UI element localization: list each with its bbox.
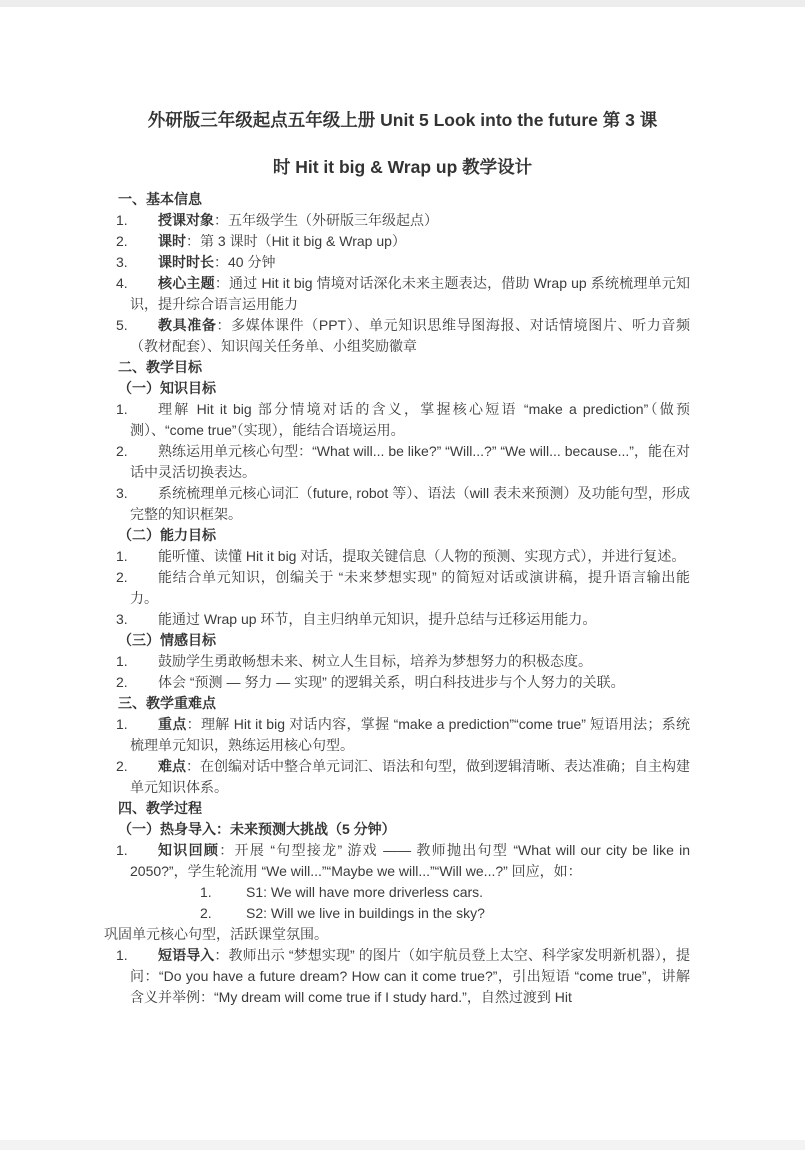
list-item: 5.教具准备：多媒体课件（PPT）、单元知识思维导图海报、对话情境图片、听力音频… — [116, 315, 690, 357]
section-heading-basic-info: 一、基本信息 — [118, 189, 690, 210]
list-item: 3.能通过 Wrap up 环节，自主归纳单元知识，提升总结与迁移运用能力。 — [116, 609, 690, 630]
item-label: 课时 — [158, 233, 186, 249]
item-label: 知识回顾 — [158, 842, 219, 858]
item-label: 难点 — [158, 758, 186, 774]
item-label: 授课对象 — [158, 212, 214, 228]
item-text: 鼓励学生勇敢畅想未来、树立人生目标，培养为梦想努力的积极态度。 — [158, 653, 592, 669]
list-item: 3.课时时长：40 分钟 — [116, 252, 690, 273]
item-text: 体会 “预测 — 努力 — 实现” 的逻辑关系，明白科技进步与个人努力的关联。 — [158, 674, 625, 690]
list-item: 2.体会 “预测 — 努力 — 实现” 的逻辑关系，明白科技进步与个人努力的关联… — [116, 672, 690, 693]
item-label: 教具准备 — [158, 317, 217, 333]
page-title: 外研版三年级起点五年级上册 Unit 5 Look into the futur… — [0, 0, 805, 179]
section-heading-objectives: 二、教学目标 — [118, 357, 690, 378]
item-number: 1. — [116, 210, 128, 231]
list-item: 1.重点：理解 Hit it big 对话内容，掌握 “make a predi… — [116, 714, 690, 756]
item-number: 1. — [116, 714, 128, 735]
sub-list-item: 1.S1: We will have more driverless cars. — [200, 882, 690, 903]
paragraph: 巩固单元核心句型，活跃课堂氛围。 — [104, 924, 690, 945]
item-text: ：五年级学生（外研版三年级起点） — [214, 212, 438, 228]
item-text: 能通过 Wrap up 环节，自主归纳单元知识，提升总结与迁移运用能力。 — [158, 611, 596, 627]
page-title-line-1: 外研版三年级起点五年级上册 Unit 5 Look into the futur… — [0, 108, 805, 132]
list-item: 1.鼓励学生勇敢畅想未来、树立人生目标，培养为梦想努力的积极态度。 — [116, 651, 690, 672]
item-text: 理解 Hit it big 部分情境对话的含义，掌握核心短语 “make a p… — [130, 401, 690, 438]
item-number: 2. — [200, 903, 212, 924]
document-body: 一、基本信息 1.授课对象：五年级学生（外研版三年级起点） 2.课时：第 3 课… — [104, 189, 690, 1008]
item-number: 2. — [116, 567, 128, 588]
item-text: ：在创编对话中整合单元词汇、语法和句型，做到逻辑清晰、表达准确；自主构建单元知识… — [130, 758, 690, 795]
item-number: 4. — [116, 273, 128, 294]
item-text: 熟练运用单元核心句型：“What will... be like?” “Will… — [130, 443, 690, 480]
list-item: 2.难点：在创编对话中整合单元词汇、语法和句型，做到逻辑清晰、表达准确；自主构建… — [116, 756, 690, 798]
subsection-heading-warmup: （一）热身导入：未来预测大挑战（5 分钟） — [118, 819, 690, 840]
item-text: ：第 3 课时（Hit it big & Wrap up） — [186, 233, 406, 249]
subsection-heading-emotion: （三）情感目标 — [118, 630, 690, 651]
section-heading-process: 四、教学过程 — [118, 798, 690, 819]
item-number: 1. — [116, 651, 128, 672]
list-item: 1.理解 Hit it big 部分情境对话的含义，掌握核心短语 “make a… — [116, 399, 690, 441]
list-item: 1.知识回顾：开展 “句型接龙” 游戏 —— 教师抛出句型 “What will… — [116, 840, 690, 882]
item-text: ：理解 Hit it big 对话内容，掌握 “make a predictio… — [130, 716, 690, 753]
item-number: 2. — [116, 756, 128, 777]
item-number: 1. — [116, 945, 128, 966]
page-bottom-edge — [0, 1140, 805, 1150]
item-number: 2. — [116, 231, 128, 252]
list-item: 4.核心主题：通过 Hit it big 情境对话深化未来主题表达，借助 Wra… — [116, 273, 690, 315]
item-number: 3. — [116, 483, 128, 504]
item-number: 1. — [116, 840, 128, 861]
item-label: 重点 — [158, 716, 187, 732]
list-item: 2.课时：第 3 课时（Hit it big & Wrap up） — [116, 231, 690, 252]
item-label: 短语导入 — [158, 947, 214, 963]
subsection-heading-ability: （二）能力目标 — [118, 525, 690, 546]
item-text: 能听懂、读懂 Hit it big 对话，提取关键信息（人物的预测、实现方式），… — [158, 548, 685, 564]
item-text: 能结合单元知识，创编关于 “未来梦想实现” 的简短对话或演讲稿，提升语言输出能力… — [130, 569, 690, 606]
list-item: 2.能结合单元知识，创编关于 “未来梦想实现” 的简短对话或演讲稿，提升语言输出… — [116, 567, 690, 609]
item-number: 1. — [116, 546, 128, 567]
item-label: 核心主题 — [158, 275, 215, 291]
item-text: S1: We will have more driverless cars. — [246, 884, 483, 900]
item-number: 3. — [116, 609, 128, 630]
item-number: 1. — [116, 399, 128, 420]
list-item: 2.熟练运用单元核心句型：“What will... be like?” “Wi… — [116, 441, 690, 483]
item-number: 2. — [116, 672, 128, 693]
list-item: 1.授课对象：五年级学生（外研版三年级起点） — [116, 210, 690, 231]
list-item: 3.系统梳理单元核心词汇（future, robot 等）、语法（will 表未… — [116, 483, 690, 525]
item-number: 2. — [116, 441, 128, 462]
item-text: ：40 分钟 — [214, 254, 275, 270]
item-number: 1. — [200, 882, 212, 903]
section-heading-key-points: 三、教学重难点 — [118, 693, 690, 714]
item-label: 课时时长 — [158, 254, 214, 270]
page-top-edge — [0, 0, 805, 7]
list-item: 1.短语导入：教师出示 “梦想实现” 的图片（如宇航员登上太空、科学家发明新机器… — [116, 945, 690, 1008]
item-text: S2: Will we live in buildings in the sky… — [246, 905, 485, 921]
sub-list-item: 2.S2: Will we live in buildings in the s… — [200, 903, 690, 924]
list-item: 1.能听懂、读懂 Hit it big 对话，提取关键信息（人物的预测、实现方式… — [116, 546, 690, 567]
item-text: ：通过 Hit it big 情境对话深化未来主题表达，借助 Wrap up 系… — [130, 275, 690, 312]
item-text: 系统梳理单元核心词汇（future, robot 等）、语法（will 表未来预… — [130, 485, 690, 522]
lesson-plan-document: { "document": { "title": { "line1": "外研版… — [0, 0, 805, 1150]
page-title-line-2: 时 Hit it big & Wrap up 教学设计 — [0, 155, 805, 179]
item-number: 3. — [116, 252, 128, 273]
item-number: 5. — [116, 315, 128, 336]
item-text: ：教师出示 “梦想实现” 的图片（如宇航员登上太空、科学家发明新机器），提问：“… — [130, 947, 690, 1005]
subsection-heading-knowledge: （一）知识目标 — [118, 378, 690, 399]
